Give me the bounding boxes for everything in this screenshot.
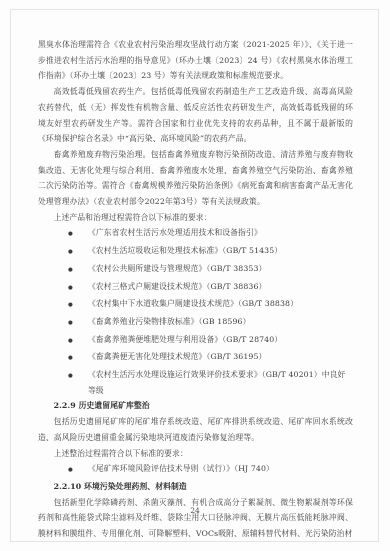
standard-title: 《农村三格式户厕建设技术规范》（GB/T 38836） <box>88 279 353 295</box>
standard-title: 《畜禽养殖业污染物排放标准》（GB 18596） <box>88 314 353 330</box>
standard-title: 《农村生活污水处理设施运行效果评价技术要求》（GB/T 40201）中良好等级 <box>88 367 353 398</box>
paragraph-treatment-agents: 包括新型化学除磷药剂、杀菌灭藻剂、有机合成高分子絮凝剂、微生物絮凝剂等环保药剂和… <box>38 495 353 542</box>
standard-title: 《尾矿库环境风险评估技术导则（试行）》（HJ 740） <box>88 461 353 477</box>
bullet-icon: ● <box>68 227 88 243</box>
paragraph-tailings-pond: 包括历史遗留尾矿库的尾矿堆存系统改造、尾矿库排洪系统改造、尾矿库回水系统改造、高… <box>38 414 353 445</box>
bullet-icon: ● <box>68 334 88 350</box>
list-item: ● 《广东省农村生活污水处理适用技术和设备指引》 <box>38 225 353 243</box>
bullet-icon: ● <box>68 369 88 385</box>
paragraph-black-odor-water: 黑臭水体治理需符合《农业农村污染治理攻坚战行动方案（2021-2025 年）》、… <box>38 37 353 84</box>
standards-list-2: ● 《尾矿库环境风险评估技术导则（试行）》（HJ 740） <box>38 461 353 479</box>
bullet-icon: ● <box>68 281 88 297</box>
bullet-icon: ● <box>68 298 88 314</box>
standard-title: 《农村生活垃圾收运和处理技术标准》（GB/T 51435） <box>88 243 353 259</box>
document-page: 黑臭水体治理需符合《农业农村污染治理攻坚战行动方案（2021-2025 年）》、… <box>0 0 390 551</box>
bullet-icon: ● <box>68 263 88 279</box>
standards-intro-1: 上述产品和治理过程需符合以下标准的要求： <box>38 210 353 226</box>
list-item: ● 《畜禽粪便无害化处理技术规范》（GB/T 36195） <box>38 349 353 367</box>
paragraph-livestock-waste: 畜禽养殖废弃物污染治理。包括畜禽养殖废弃物污染预防改造、清洁养殖与废弃物收集改造… <box>38 147 353 210</box>
list-item: ● 《尾矿库环境风险评估技术导则（试行）》（HJ 740） <box>38 461 353 479</box>
list-item: ● 《农村生活污水处理设施运行效果评价技术要求》（GB/T 40201）中良好等… <box>38 367 353 398</box>
list-item: ● 《农村集中下水道收集户厕建设技术规范》（GB/T 38838） <box>38 296 353 314</box>
standard-title: 《畜禽粪便无害化处理技术规范》（GB/T 36195） <box>88 349 353 365</box>
bullet-icon: ● <box>68 245 88 261</box>
standard-title: 《畜禽养殖粪便堆肥处理与利用设备》（GB/T 28740） <box>88 332 353 348</box>
list-item: ● 《农村公共厕所建设与管理规范》（GB/T 38353） <box>38 261 353 279</box>
bullet-icon: ● <box>68 351 88 367</box>
list-item: ● 《畜禽养殖粪便堆肥处理与利用设备》（GB/T 28740） <box>38 332 353 350</box>
standard-title: 《农村集中下水道收集户厕建设技术规范》（GB/T 38838） <box>88 296 353 312</box>
list-item: ● 《畜禽养殖业污染物排放标准》（GB 18596） <box>38 314 353 332</box>
bullet-icon: ● <box>68 463 88 479</box>
list-item: ● 《农村三格式户厕建设技术规范》（GB/T 38836） <box>38 279 353 297</box>
standard-title: 《农村公共厕所建设与管理规范》（GB/T 38353） <box>88 261 353 277</box>
section-heading-2-2-9: 2.2.9 历史遗留尾矿库整治 <box>38 398 353 414</box>
bullet-icon: ● <box>68 316 88 332</box>
page-number: 24 <box>0 506 390 515</box>
standards-intro-2: 上述整治过程需符合以下标准的要求： <box>38 446 353 462</box>
list-item: ● 《农村生活垃圾收运和处理技术标准》（GB/T 51435） <box>38 243 353 261</box>
section-heading-2-2-10: 2.2.10 环境污染处理药剂、材料制造 <box>38 479 353 495</box>
standards-list-1: ● 《广东省农村生活污水处理适用技术和设备指引》 ● 《农村生活垃圾收运和处理技… <box>38 225 353 398</box>
page-content: 黑臭水体治理需符合《农业农村污染治理攻坚战行动方案（2021-2025 年）》、… <box>38 37 353 542</box>
standard-title: 《广东省农村生活污水处理适用技术和设备指引》 <box>88 225 353 241</box>
paragraph-pesticide-production: 高效低毒低残留农药生产。包括低毒低残留农药制造生产工艺改造升级、高毒高风险农药替… <box>38 84 353 147</box>
